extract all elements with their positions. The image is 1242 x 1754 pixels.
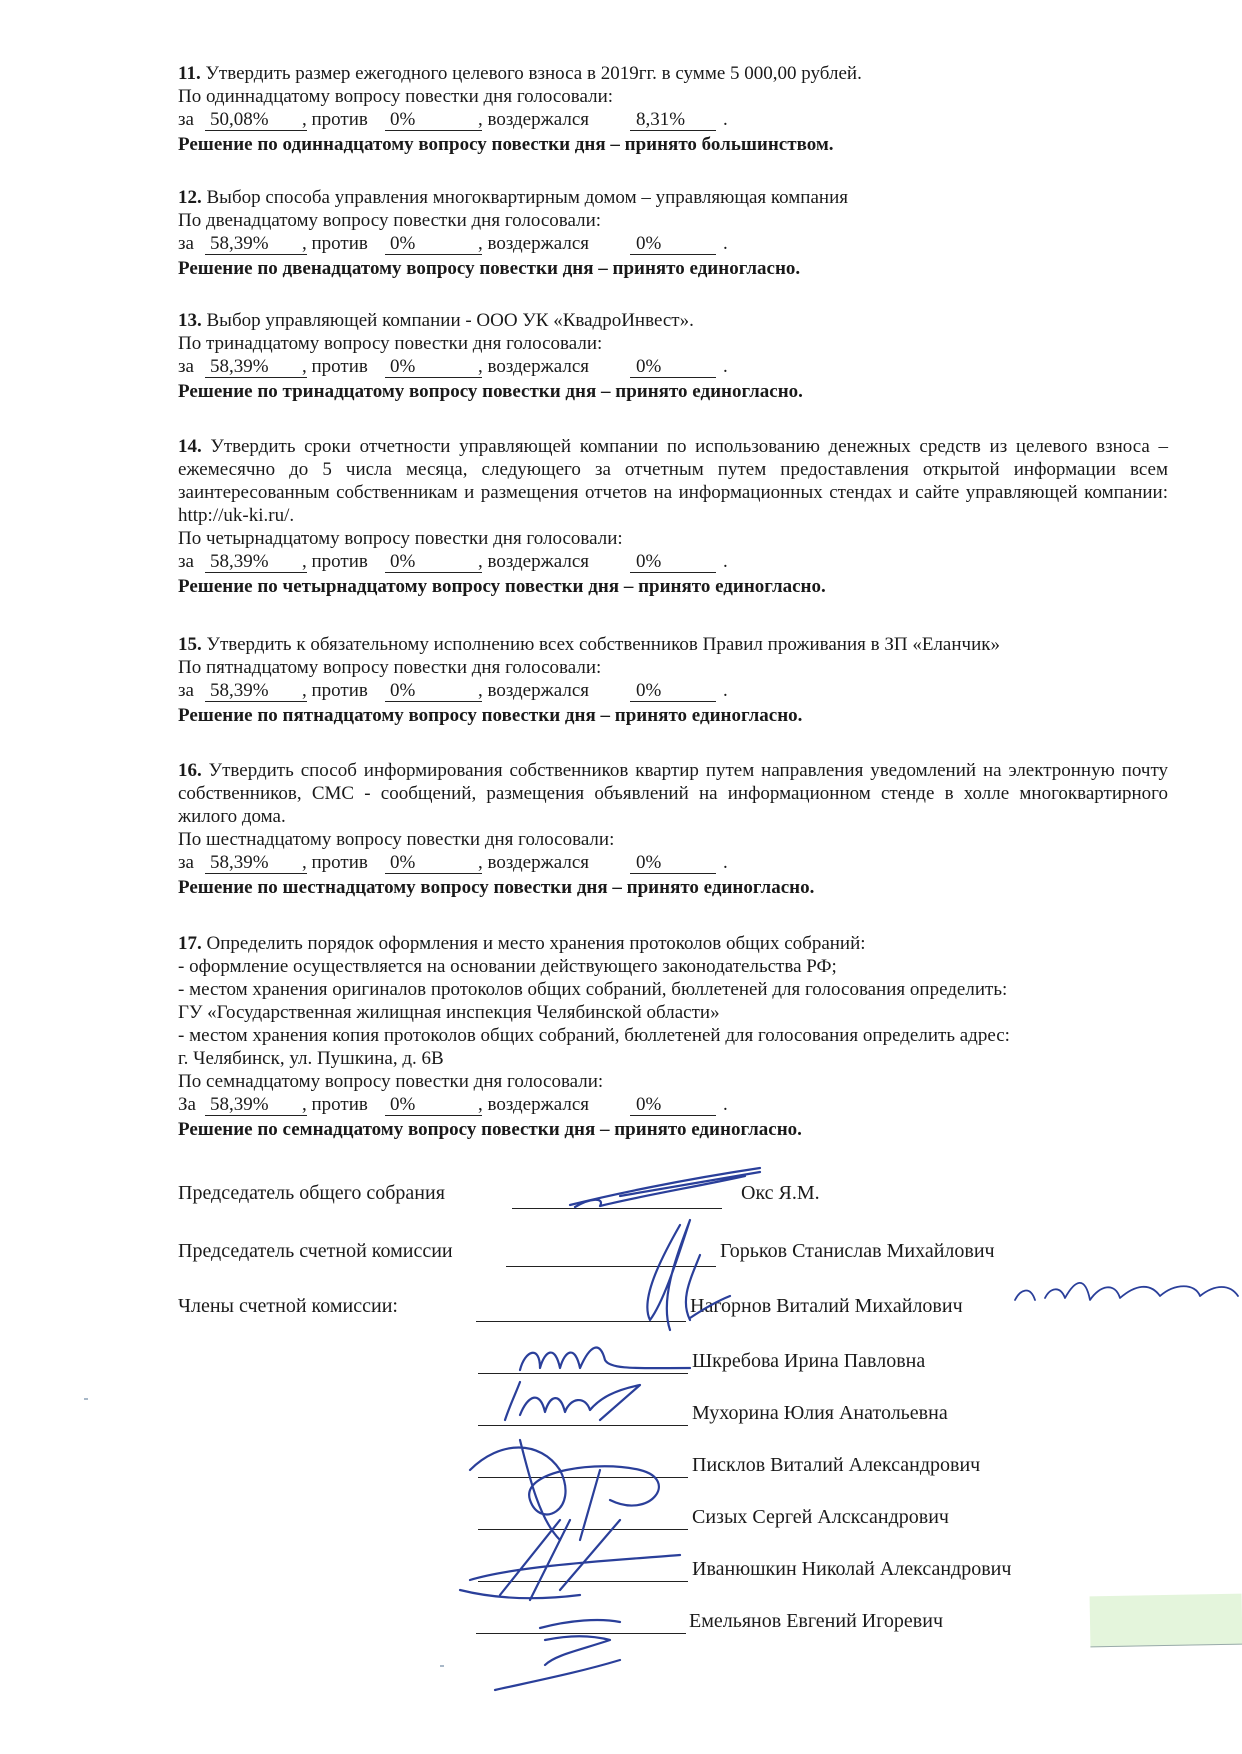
counting-chair-name: Горьков Станислав Михайлович bbox=[720, 1240, 995, 1263]
end-dot: . bbox=[723, 355, 728, 378]
agenda-item-16: 16. Утвердить способ информирования собс… bbox=[178, 759, 1168, 899]
member-signature-line bbox=[478, 1559, 688, 1582]
member-signature-line bbox=[478, 1507, 688, 1530]
za-label: за bbox=[178, 851, 194, 874]
decision: Решение по одиннадцатому вопросу повестк… bbox=[178, 133, 1168, 156]
vote-results: за 58,39% , против 0% , воздержался 0% . bbox=[178, 355, 1168, 380]
item-number: 17. bbox=[178, 933, 202, 954]
protiv-value: 0% bbox=[385, 851, 482, 874]
member-signature-line bbox=[476, 1611, 686, 1634]
vozd-value: 0% bbox=[630, 355, 716, 378]
vozd-label: , воздержался bbox=[478, 1093, 589, 1116]
item-number: 11. bbox=[178, 63, 201, 84]
sub-line: - местом хранения оригиналов протоколов … bbox=[178, 978, 1168, 1001]
agenda-item-17: 17. Определить порядок оформления и мест… bbox=[178, 932, 1168, 1141]
protiv-label: , против bbox=[302, 1093, 368, 1116]
decision: Решение по четырнадцатому вопросу повест… bbox=[178, 575, 1168, 598]
za-value: 50,08% bbox=[205, 108, 307, 131]
vozd-value: 8,31% bbox=[630, 108, 716, 131]
protiv-value: 0% bbox=[385, 232, 482, 255]
vozd-label: , воздержался bbox=[478, 550, 589, 573]
voted-line: По четырнадцатому вопросу повестки дня г… bbox=[178, 527, 1168, 550]
member-name: Нагорнов Виталий Михайлович bbox=[690, 1295, 963, 1318]
vozd-label: , воздержался bbox=[478, 232, 589, 255]
za-value: 58,39% bbox=[205, 851, 307, 874]
counting-chair-label: Председатель счетной комиссии bbox=[178, 1240, 453, 1263]
za-value: 58,39% bbox=[205, 232, 307, 255]
sub-line: - оформление осуществляется на основании… bbox=[178, 955, 1168, 978]
voted-line: По двенадцатому вопросу повестки дня гол… bbox=[178, 209, 1168, 232]
vozd-value: 0% bbox=[630, 550, 716, 573]
vozd-value: 0% bbox=[630, 1093, 716, 1116]
item-number: 12. bbox=[178, 187, 202, 208]
decision: Решение по шестнадцатому вопросу повестк… bbox=[178, 876, 1168, 899]
protiv-value: 0% bbox=[385, 1093, 482, 1116]
chair-name: Окс Я.М. bbox=[741, 1182, 820, 1205]
item-text: Утвердить способ информирования собствен… bbox=[178, 760, 1168, 827]
end-dot: . bbox=[723, 550, 728, 573]
protiv-value: 0% bbox=[385, 550, 482, 573]
end-dot: . bbox=[723, 851, 728, 874]
agenda-item-12: 12. Выбор способа управления многокварти… bbox=[178, 186, 1168, 280]
vote-results: за 58,39% , против 0% , воздержался 0% . bbox=[178, 679, 1168, 704]
member-name: Сизых Сергей Алсксандрович bbox=[692, 1506, 949, 1529]
vozd-value: 0% bbox=[630, 232, 716, 255]
protiv-label: , против bbox=[302, 232, 368, 255]
decision: Решение по двенадцатому вопросу повестки… bbox=[178, 257, 1168, 280]
vozd-value: 0% bbox=[630, 679, 716, 702]
protiv-label: , против bbox=[302, 355, 368, 378]
end-dot: . bbox=[723, 679, 728, 702]
agenda-item-14: 14. Утвердить сроки отчетности управляющ… bbox=[178, 435, 1168, 598]
vozd-value: 0% bbox=[630, 851, 716, 874]
end-dot: . bbox=[723, 232, 728, 255]
item-number: 16. bbox=[178, 760, 202, 781]
members-label: Члены счетной комиссии: bbox=[178, 1295, 398, 1318]
voted-line: По шестнадцатому вопросу повестки дня го… bbox=[178, 828, 1168, 851]
item-number: 15. bbox=[178, 634, 202, 655]
decision: Решение по тринадцатому вопросу повестки… bbox=[178, 380, 1168, 403]
item-text: Утвердить размер ежегодного целевого взн… bbox=[201, 63, 862, 84]
vote-results: за 58,39% , против 0% , воздержался 0% . bbox=[178, 851, 1168, 876]
member-signature-line bbox=[476, 1299, 686, 1322]
member-signature-line bbox=[478, 1403, 688, 1426]
protiv-label: , против bbox=[302, 679, 368, 702]
voted-line: По тринадцатому вопросу повестки дня гол… bbox=[178, 332, 1168, 355]
za-value: 58,39% bbox=[205, 355, 307, 378]
protiv-value: 0% bbox=[385, 355, 482, 378]
member-signature-line bbox=[478, 1351, 688, 1374]
member-name: Емельянов Евгений Игоревич bbox=[689, 1610, 943, 1633]
scan-speck bbox=[84, 1398, 88, 1400]
za-label: За bbox=[178, 1093, 196, 1116]
agenda-item-11: 11. Утвердить размер ежегодного целевого… bbox=[178, 62, 1168, 156]
sub-line: ГУ «Государственная жилищная инспекция Ч… bbox=[178, 1001, 1168, 1024]
vozd-label: , воздержался bbox=[478, 108, 589, 131]
end-dot: . bbox=[723, 108, 728, 131]
vozd-label: , воздержался bbox=[478, 851, 589, 874]
za-value: 58,39% bbox=[205, 1093, 307, 1116]
sub-line: г. Челябинск, ул. Пушкина, д. 6В bbox=[178, 1047, 1168, 1070]
document-page: 11. Утвердить размер ежегодного целевого… bbox=[0, 0, 1242, 1754]
za-label: за bbox=[178, 679, 194, 702]
voted-line: По семнадцатому вопросу повестки дня гол… bbox=[178, 1070, 1168, 1093]
decision: Решение по семнадцатому вопросу повестки… bbox=[178, 1118, 1168, 1141]
voted-line: По пятнадцатому вопросу повестки дня гол… bbox=[178, 656, 1168, 679]
sub-line: - местом хранения копия протоколов общих… bbox=[178, 1024, 1168, 1047]
item-number: 13. bbox=[178, 310, 202, 331]
chair-label: Председатель общего собрания bbox=[178, 1182, 445, 1205]
sticky-tab bbox=[1090, 1594, 1242, 1648]
member-name: Мухорина Юлия Анатольевна bbox=[692, 1402, 948, 1425]
za-label: за bbox=[178, 232, 194, 255]
item-text: Выбор способа управления многоквартирным… bbox=[202, 187, 848, 208]
item-text: Утвердить к обязательному исполнению все… bbox=[202, 634, 1000, 655]
vozd-label: , воздержался bbox=[478, 355, 589, 378]
member-name: Шкребова Ирина Павловна bbox=[692, 1350, 925, 1373]
protiv-label: , против bbox=[302, 851, 368, 874]
vote-results: за 50,08% , против 0% , воздержался 8,31… bbox=[178, 108, 1168, 133]
member-name: Иванюшкин Николай Александрович bbox=[692, 1558, 1011, 1581]
vozd-label: , воздержался bbox=[478, 679, 589, 702]
item-number: 14. bbox=[178, 436, 202, 457]
chair-signature-line bbox=[512, 1186, 722, 1209]
protiv-value: 0% bbox=[385, 108, 482, 131]
protiv-value: 0% bbox=[385, 679, 482, 702]
protiv-label: , против bbox=[302, 550, 368, 573]
member-signature-line bbox=[478, 1455, 688, 1478]
counting-chair-signature-line bbox=[506, 1244, 716, 1267]
vote-results: за 58,39% , против 0% , воздержался 0% . bbox=[178, 232, 1168, 257]
voted-line: По одиннадцатому вопросу повестки дня го… bbox=[178, 85, 1168, 108]
scan-speck bbox=[440, 1665, 444, 1667]
za-value: 58,39% bbox=[205, 550, 307, 573]
agenda-item-15: 15. Утвердить к обязательному исполнению… bbox=[178, 633, 1168, 727]
protiv-label: , против bbox=[302, 108, 368, 131]
item-text: Выбор управляющей компании - ООО УК «Ква… bbox=[202, 310, 694, 331]
za-value: 58,39% bbox=[205, 679, 307, 702]
end-dot: . bbox=[723, 1093, 728, 1116]
za-label: за bbox=[178, 550, 194, 573]
za-label: за bbox=[178, 355, 194, 378]
decision: Решение по пятнадцатому вопросу повестки… bbox=[178, 704, 1168, 727]
za-label: за bbox=[178, 108, 194, 131]
member-name: Писклов Виталий Александрович bbox=[692, 1454, 980, 1477]
item-text: Утвердить сроки отчетности управляющей к… bbox=[178, 436, 1168, 526]
vote-results: За 58,39% , против 0% , воздержался 0% . bbox=[178, 1093, 1168, 1118]
agenda-item-13: 13. Выбор управляющей компании - ООО УК … bbox=[178, 309, 1168, 403]
vote-results: за 58,39% , против 0% , воздержался 0% . bbox=[178, 550, 1168, 575]
item-text: Определить порядок оформления и место хр… bbox=[202, 933, 866, 954]
